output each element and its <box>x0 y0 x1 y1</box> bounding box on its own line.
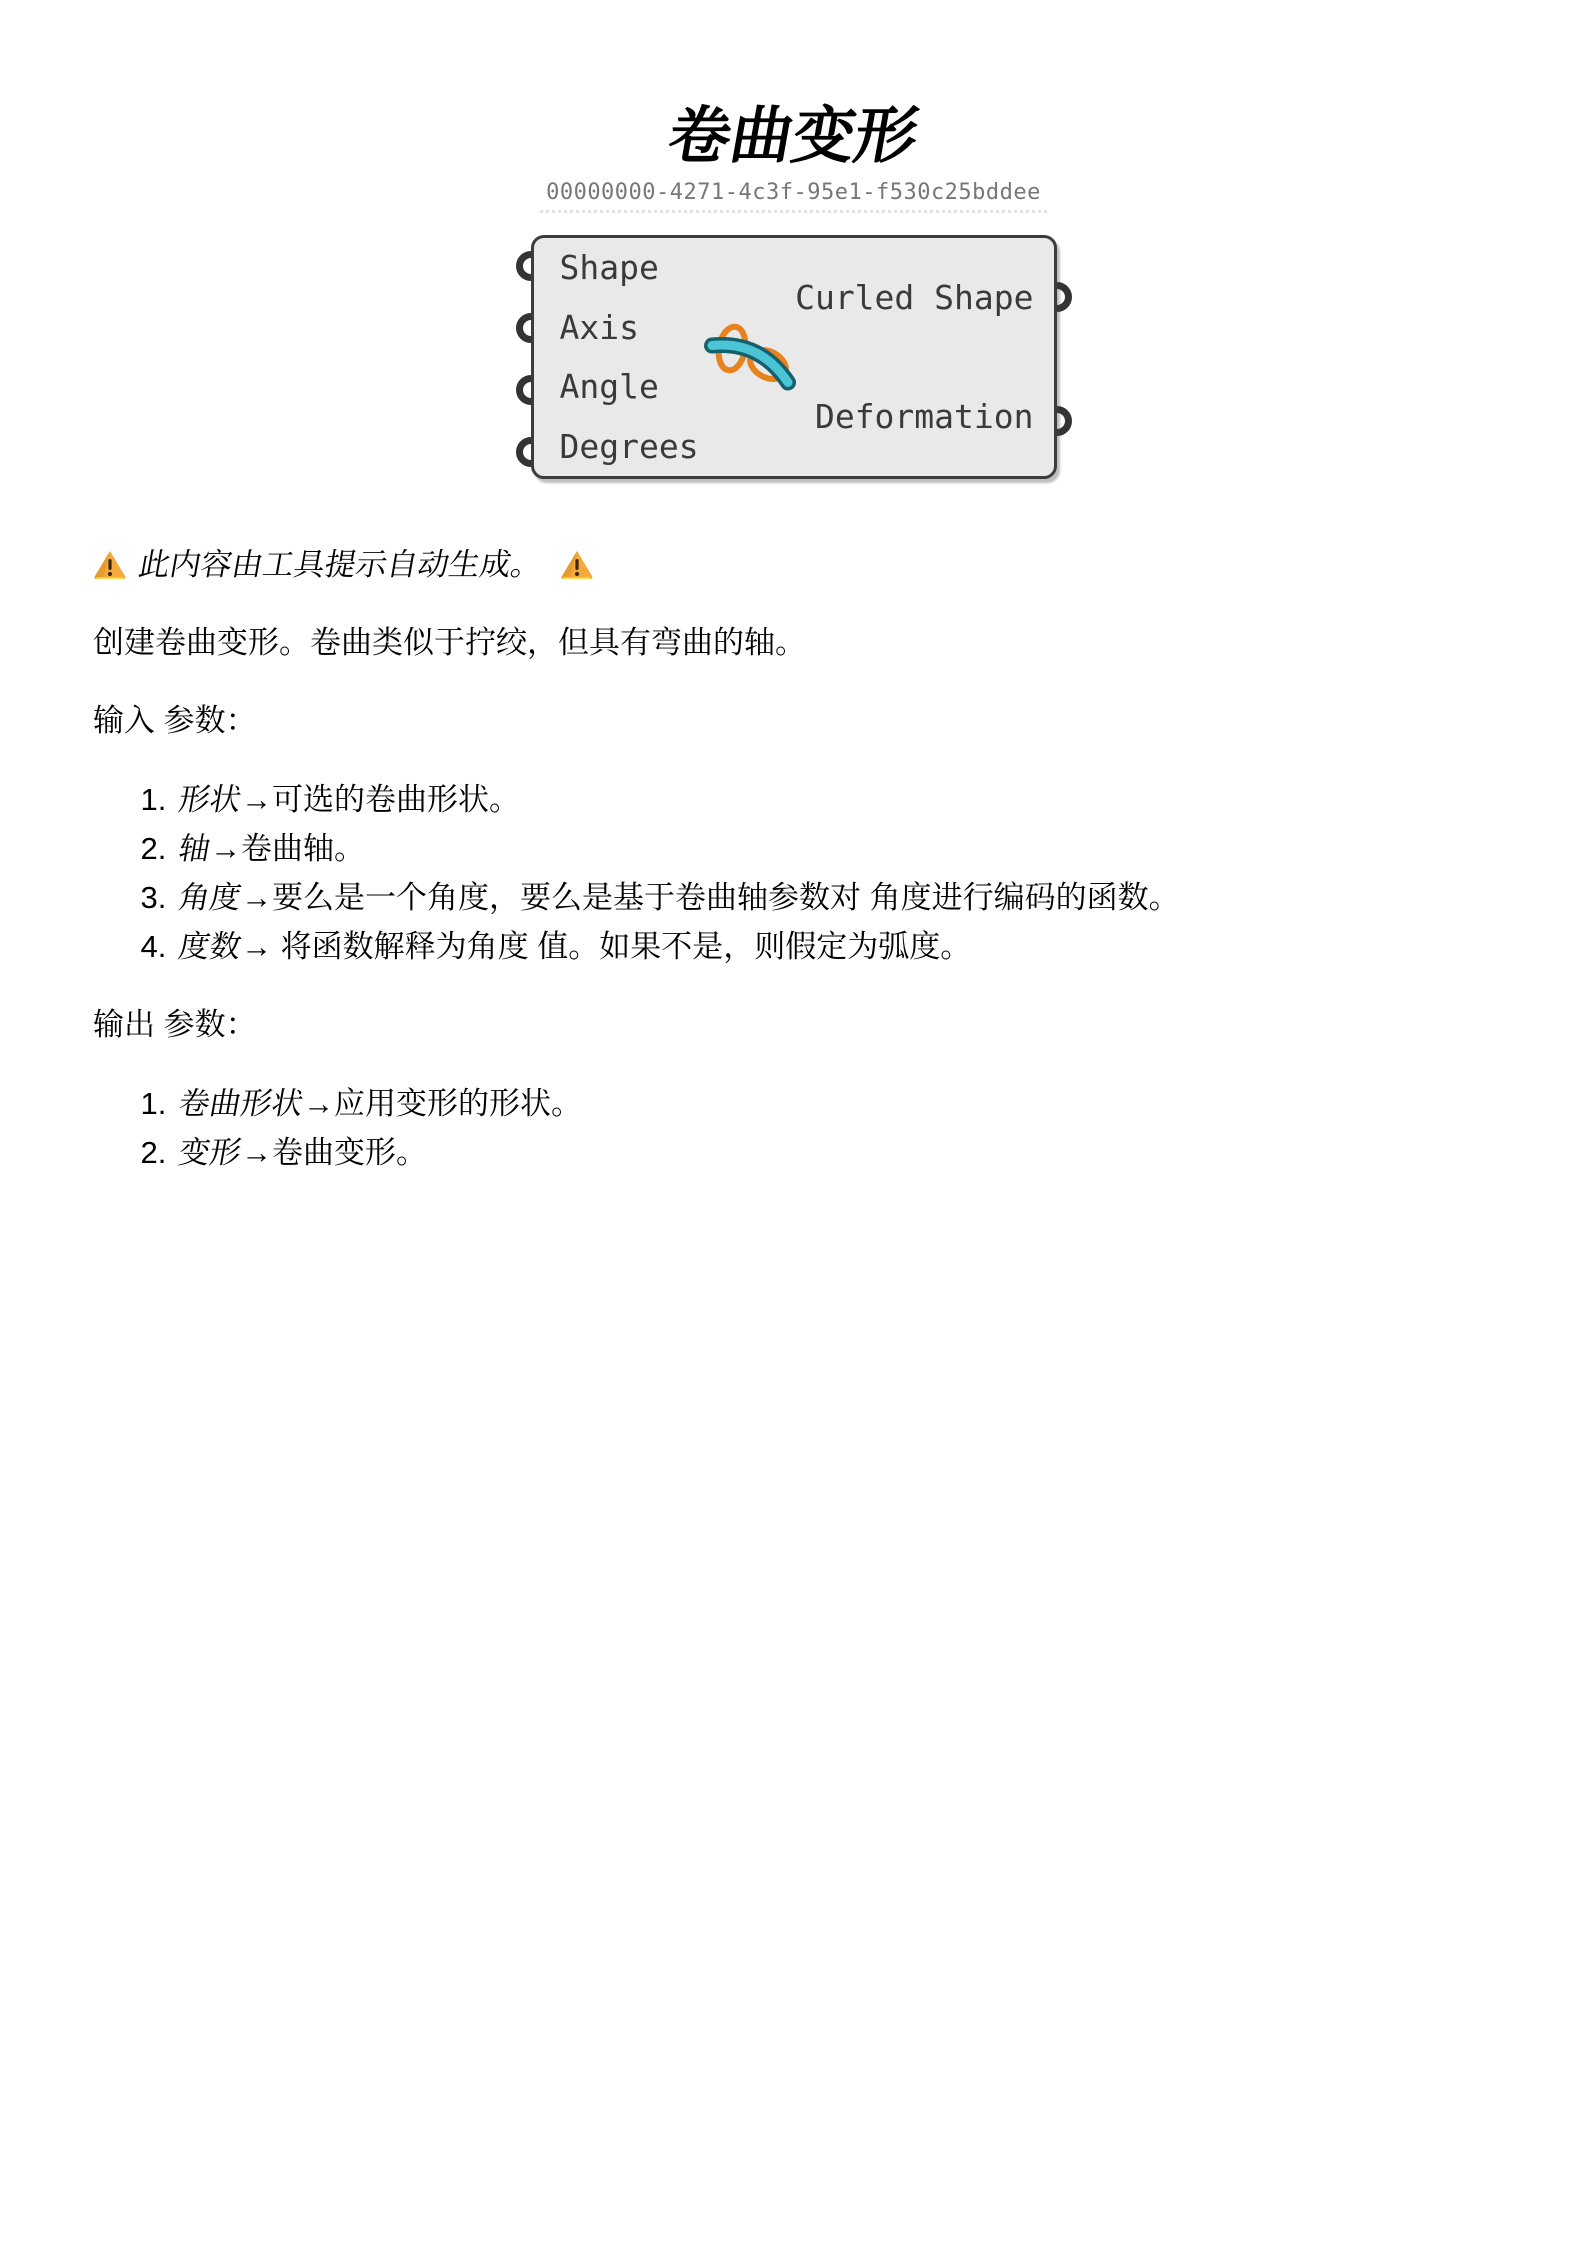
inputs-heading: 输入 参数： <box>93 697 1487 745</box>
input-param-item: 轴→卷曲轴。 <box>175 824 1487 873</box>
input-param-item: 角度→要么是一个角度，要么是基于卷曲轴参数对 角度进行编码的函数。 <box>175 873 1487 922</box>
output-label-deformation: Deformation <box>815 397 1034 436</box>
uuid-row: 00000000-4271-4c3f-95e1-f530c25bddee <box>0 180 1587 213</box>
warning-icon <box>560 549 594 581</box>
input-label-axis: Axis <box>560 308 639 347</box>
doc-body: 此内容由工具提示自动生成。 创建卷曲变形。卷曲类似于拧绞，但具有弯曲的轴。 输入… <box>0 541 1587 1177</box>
component-description: 创建卷曲变形。卷曲类似于拧绞，但具有弯曲的轴。 <box>93 619 1487 667</box>
output-param-item: 变形→卷曲变形。 <box>175 1128 1487 1177</box>
output-param-item: 卷曲形状→应用变形的形状。 <box>175 1079 1487 1128</box>
param-term: 角度 <box>175 873 246 922</box>
param-term: 形状 <box>175 775 246 824</box>
warning-icon <box>93 549 127 581</box>
param-term: 变形 <box>175 1128 246 1177</box>
component-diagram: Shape Axis Angle Degrees Curled Shape De… <box>513 235 1075 483</box>
outputs-heading: 输出 参数： <box>93 1001 1487 1049</box>
input-param-item: 度数→ 将函数解释为角度 值。如果不是，则假定为弧度。 <box>175 922 1487 971</box>
input-label-angle: Angle <box>560 367 659 406</box>
auto-generated-warning: 此内容由工具提示自动生成。 <box>93 541 1487 589</box>
param-desc: →卷曲变形。 <box>241 1135 427 1170</box>
param-term: 轴 <box>175 824 215 873</box>
param-term: 度数 <box>175 922 246 971</box>
param-desc: →可选的卷曲形状。 <box>241 782 520 817</box>
input-label-shape: Shape <box>560 248 659 287</box>
component-node: Shape Axis Angle Degrees Curled Shape De… <box>531 235 1057 479</box>
curl-deformation-icon <box>704 313 800 402</box>
param-desc: →应用变形的形状。 <box>303 1086 582 1121</box>
page-title: 卷曲变形 <box>0 100 1587 174</box>
inputs-list: 形状→可选的卷曲形状。 轴→卷曲轴。 角度→要么是一个角度，要么是基于卷曲轴参数… <box>93 775 1487 971</box>
param-desc: → 将函数解释为角度 值。如果不是，则假定为弧度。 <box>241 929 971 964</box>
input-label-degrees: Degrees <box>560 427 699 466</box>
param-desc: →要么是一个角度，要么是基于卷曲轴参数对 角度进行编码的函数。 <box>241 880 1180 915</box>
warning-text: 此内容由工具提示自动生成。 <box>135 541 546 589</box>
component-guid: 00000000-4271-4c3f-95e1-f530c25bddee <box>540 180 1047 213</box>
input-param-item: 形状→可选的卷曲形状。 <box>175 775 1487 824</box>
output-labels: Curled Shape Deformation <box>768 238 1054 476</box>
param-desc: →卷曲轴。 <box>210 831 365 866</box>
outputs-list: 卷曲形状→应用变形的形状。 变形→卷曲变形。 <box>93 1079 1487 1177</box>
output-label-curled-shape: Curled Shape <box>795 278 1033 317</box>
param-term: 卷曲形状 <box>175 1079 308 1128</box>
